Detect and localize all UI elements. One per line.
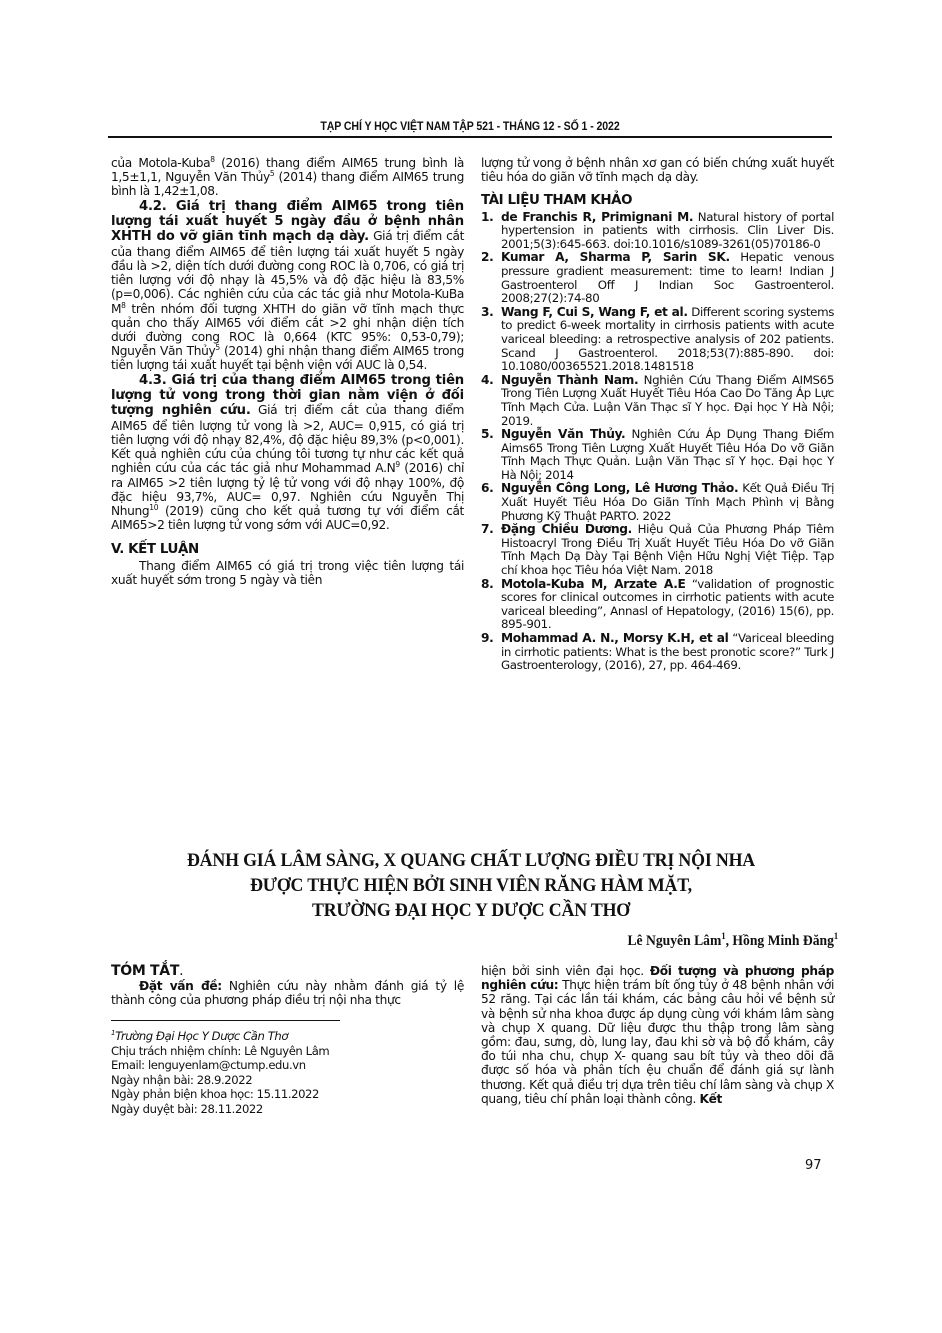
references-heading: TÀI LIỆU THAM KHẢO xyxy=(481,194,834,208)
footnote-affiliation: 1Trường Đại Học Y Dược Cần Thơ xyxy=(111,1029,464,1044)
reference-item: 9.Mohammad A. N., Morsy K.H, et al “Vari… xyxy=(481,632,834,673)
section-4-3: 4.3. Giá trị của thang điểm AIM65 trong … xyxy=(111,373,464,533)
footnote-corresponding: Chịu trách nhiệm chính: Lê Nguyên Lâm xyxy=(111,1044,464,1059)
reference-item: 1.de Franchis R, Primignani M. Natural h… xyxy=(481,211,834,252)
abstract-background: Đặt vấn đề: Nghiên cứu này nhằm đánh giá… xyxy=(111,979,464,1007)
journal-page: TẠP CHÍ Y HỌC VIỆT NAM TẬP 521 - THÁNG 1… xyxy=(0,0,942,1333)
abstract-label: Kết xyxy=(700,1092,723,1106)
footnote-reviewed: Ngày phản biện khoa học: 15.11.2022 xyxy=(111,1087,464,1102)
abstract-left-column: TÓM TẮT. Đặt vấn đề: Nghiên cứu này nhằm… xyxy=(111,964,464,1117)
reference-item: 4.Nguyễn Thành Nam. Nghiên Cứu Thang Điể… xyxy=(481,374,834,428)
conclusion-heading: V. KẾT LUẬN xyxy=(111,543,464,557)
section-4-2: 4.2. Giá trị thang điểm AIM65 trong tiên… xyxy=(111,199,464,373)
footnote-received: Ngày nhận bài: 28.9.2022 xyxy=(111,1073,464,1088)
title-line: ĐÁNH GIÁ LÂM SÀNG, X QUANG CHẤT LƯỢNG ĐI… xyxy=(122,848,819,873)
page-number: 97 xyxy=(805,1158,822,1173)
paragraph-aim65-mean: của Motola-Kuba8 (2016) thang điểm AIM65… xyxy=(111,156,464,199)
article-title: ĐÁNH GIÁ LÂM SÀNG, X QUANG CHẤT LƯỢNG ĐI… xyxy=(122,848,819,923)
reference-list: 1.de Franchis R, Primignani M. Natural h… xyxy=(481,211,834,673)
prev-article-left-column: của Motola-Kuba8 (2016) thang điểm AIM65… xyxy=(111,156,464,587)
conclusion-continued: lượng tử vong ở bệnh nhân xơ gan có biến… xyxy=(481,156,834,184)
abstract-heading: TÓM TẮT. xyxy=(111,964,464,978)
reference-item: 8.Motola-Kuba M, Arzate A.E “validation … xyxy=(481,578,834,632)
reference-item: 2.Kumar A, Sharma P, Sarin SK. Hepatic v… xyxy=(481,251,834,305)
title-line: TRƯỜNG ĐẠI HỌC Y DƯỢC CẦN THƠ xyxy=(122,898,819,923)
reference-item: 6.Nguyễn Công Long, Lê Hương Thảo. Kết Q… xyxy=(481,482,834,523)
reference-item: 7.Đặng Chiều Dương. Hiệu Quả Của Phương … xyxy=(481,523,834,577)
reference-item: 5.Nguyễn Văn Thủy. Nghiên Cứu Áp Dụng Th… xyxy=(481,428,834,482)
author-name: Lê Nguyên Lâm xyxy=(627,933,721,949)
header-rule xyxy=(108,136,832,138)
footnote-accepted: Ngày duyệt bài: 28.11.2022 xyxy=(111,1102,464,1117)
running-head: TẠP CHÍ Y HỌC VIỆT NAM TẬP 521 - THÁNG 1… xyxy=(137,121,803,133)
footnote-email: Email: lenguyenlam@ctump.edu.vn xyxy=(111,1058,464,1073)
footnote-rule xyxy=(111,1020,340,1022)
abstract-methods: hiện bởi sinh viên đại học. Đối tượng và… xyxy=(481,964,834,1106)
prev-article-right-column: lượng tử vong ở bệnh nhân xơ gan có biến… xyxy=(481,156,834,673)
title-line: ĐƯỢC THỰC HIỆN BỞI SINH VIÊN RĂNG HÀM MẶ… xyxy=(122,873,819,898)
conclusion-text: Thang điểm AIM65 có giá trị trong việc t… xyxy=(111,559,464,587)
author-name: Hồng Minh Đăng xyxy=(732,933,834,949)
abstract-right-column: hiện bởi sinh viên đại học. Đối tượng và… xyxy=(481,964,834,1106)
reference-item: 3.Wang F, Cui S, Wang F, et al. Differen… xyxy=(481,306,834,374)
author-line: Lê Nguyên Lâm1, Hồng Minh Đăng1 xyxy=(627,933,838,950)
citation-sup: 10 xyxy=(149,503,158,512)
abstract-label: Đặt vấn đề: xyxy=(139,979,222,993)
